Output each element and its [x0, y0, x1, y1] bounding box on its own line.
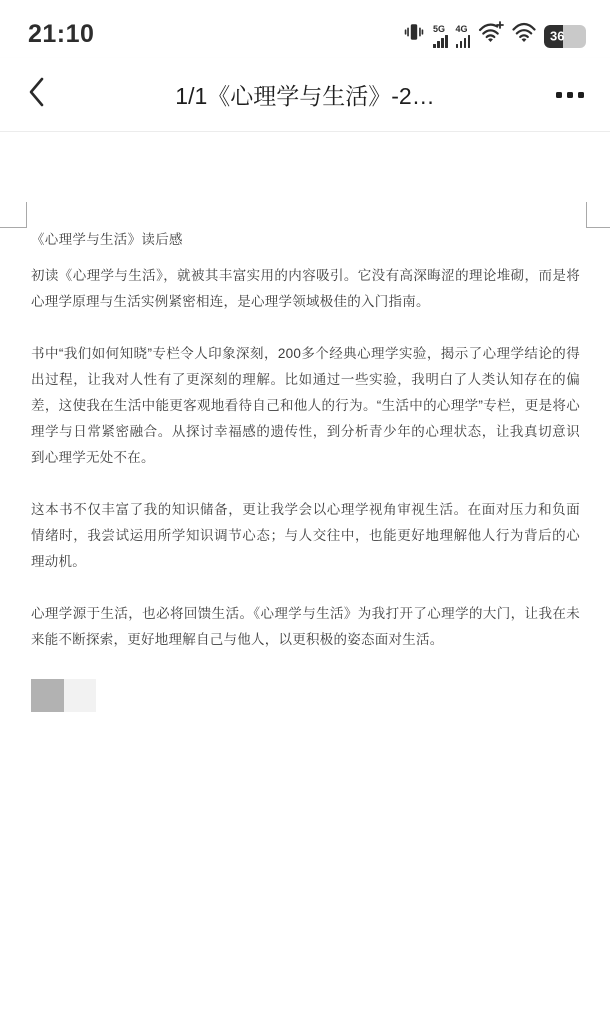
wifi-plus-icon — [478, 21, 504, 48]
vibrate-icon — [403, 21, 425, 48]
nav-bar: 1/1《心理学与生活》-2… — [0, 58, 610, 132]
document-page[interactable]: 《心理学与生活》读后感 初读《心理学与生活》，就被其丰富实用的内容吸引。它没有高… — [0, 132, 610, 1024]
battery-icon: 36 — [544, 25, 586, 48]
document-body: 《心理学与生活》读后感 初读《心理学与生活》，就被其丰富实用的内容吸引。它没有高… — [0, 132, 610, 712]
back-button[interactable] — [26, 75, 66, 115]
margin-corner-mark-right — [586, 202, 610, 228]
more-dots-icon — [567, 92, 573, 98]
redacted-block-light — [64, 679, 96, 712]
status-icons: 5G 4G — [403, 21, 586, 48]
document-title: 《心理学与生活》读后感 — [31, 228, 580, 248]
redacted-signature-area — [31, 679, 580, 712]
status-bar: 21:10 5G 4G — [0, 0, 610, 58]
signal-5g-icon: 5G — [433, 25, 448, 48]
more-dots-icon — [556, 92, 562, 98]
more-dots-icon — [578, 92, 584, 98]
wifi-icon — [512, 21, 536, 48]
redacted-block-dark — [31, 679, 64, 712]
page-title: 1/1《心理学与生活》-2… — [175, 78, 434, 111]
battery-percent: 36 — [550, 29, 564, 44]
paragraph: 这本书不仅丰富了我的知识储备，更让我学会以心理学视角审视生活。在面对压力和负面情… — [31, 497, 580, 575]
more-menu-button[interactable] — [538, 75, 584, 115]
paragraph: 初读《心理学与生活》，就被其丰富实用的内容吸引。它没有高深晦涩的理论堆砌，而是将… — [31, 263, 580, 315]
clock: 21:10 — [28, 20, 94, 49]
margin-corner-mark-left — [0, 202, 27, 228]
signal-4g-icon: 4G — [456, 25, 471, 48]
paragraph: 书中“我们如何知晓”专栏令人印象深刻，200多个经典心理学实验，揭示了心理学结论… — [31, 341, 580, 471]
chevron-left-icon — [26, 76, 48, 113]
paragraph: 心理学源于生活，也必将回馈生活。《心理学与生活》为我打开了心理学的大门，让我在未… — [31, 601, 580, 653]
